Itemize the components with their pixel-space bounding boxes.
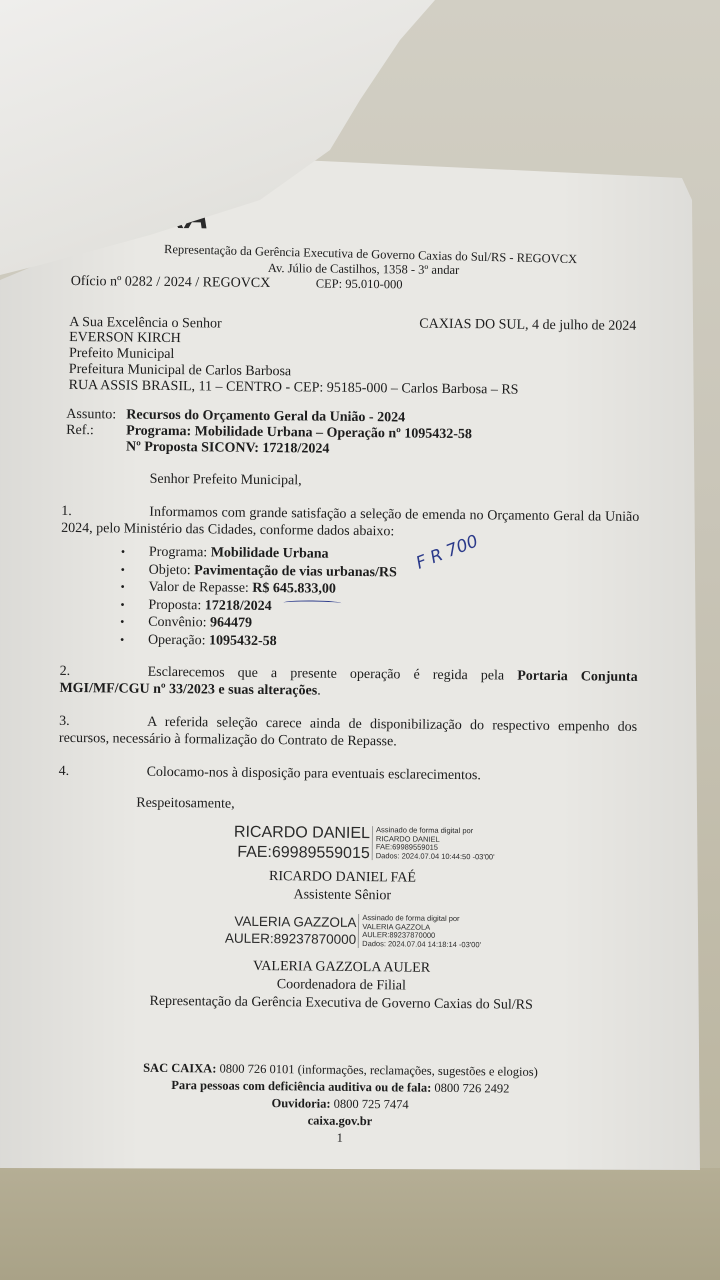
recipient-address: RUA ASSIS BRASIL, 11 – CENTRO - CEP: 951… xyxy=(69,378,519,399)
ref-label: Ref.: xyxy=(66,423,94,439)
ref-line-2: Nº Proposta SICONV: 17218/2024 xyxy=(126,440,330,458)
letterhead-line-2: Av. Júlio de Castilhos, 1358 - 3º andar xyxy=(268,261,460,278)
paragraph-number: 3. xyxy=(59,713,147,731)
digital-signature-1: RICARDO DANIEL FAE:69989559015 Assinado … xyxy=(234,823,495,866)
recipient-role: Prefeito Municipal xyxy=(69,346,175,363)
paragraph-number: 1. xyxy=(61,503,149,521)
letterhead-line-3: CEP: 95.010-000 xyxy=(316,277,403,293)
greeting: Senhor Prefeito Municipal, xyxy=(150,472,302,490)
recipient-name: EVERSON KIRCH xyxy=(69,330,181,347)
paragraph-1: 1.Informamos com grande satisfação a sel… xyxy=(61,503,639,543)
oficio-number: Ofício nº 0282 / 2024 / REGOVCX xyxy=(71,274,271,292)
paragraph-3: 3.A referida seleção carece ainda de dis… xyxy=(59,713,637,753)
place-date: CAXIAS DO SUL, 4 de julho de 2024 xyxy=(419,317,636,335)
detail-operacao: Operação: 1095432-58 xyxy=(120,631,396,651)
paragraph-number: 2. xyxy=(60,663,148,681)
detail-convenio: Convênio: 964479 xyxy=(120,613,396,633)
page-number: 1 xyxy=(55,1128,625,1149)
digital-signature-2: VALERIA GAZZOLA AULER:89237870000 Assina… xyxy=(225,913,481,950)
operation-details-list: Programa: Mobilidade Urbana Objeto: Pavi… xyxy=(120,543,397,651)
closing: Respeitosamente, xyxy=(136,796,235,813)
paragraph-number: 4. xyxy=(59,763,147,781)
detail-valor-repasse: Valor de Repasse: R$ 645.833,00 xyxy=(120,578,396,598)
detail-programa: Programa: Mobilidade Urbana xyxy=(121,543,397,563)
paragraph-2: 2.Esclarecemos que a presente operação é… xyxy=(59,663,637,703)
paragraph-4: 4.Colocamo-nos à disposição para eventua… xyxy=(59,763,637,786)
assunto-label: Assunto: xyxy=(66,407,116,424)
